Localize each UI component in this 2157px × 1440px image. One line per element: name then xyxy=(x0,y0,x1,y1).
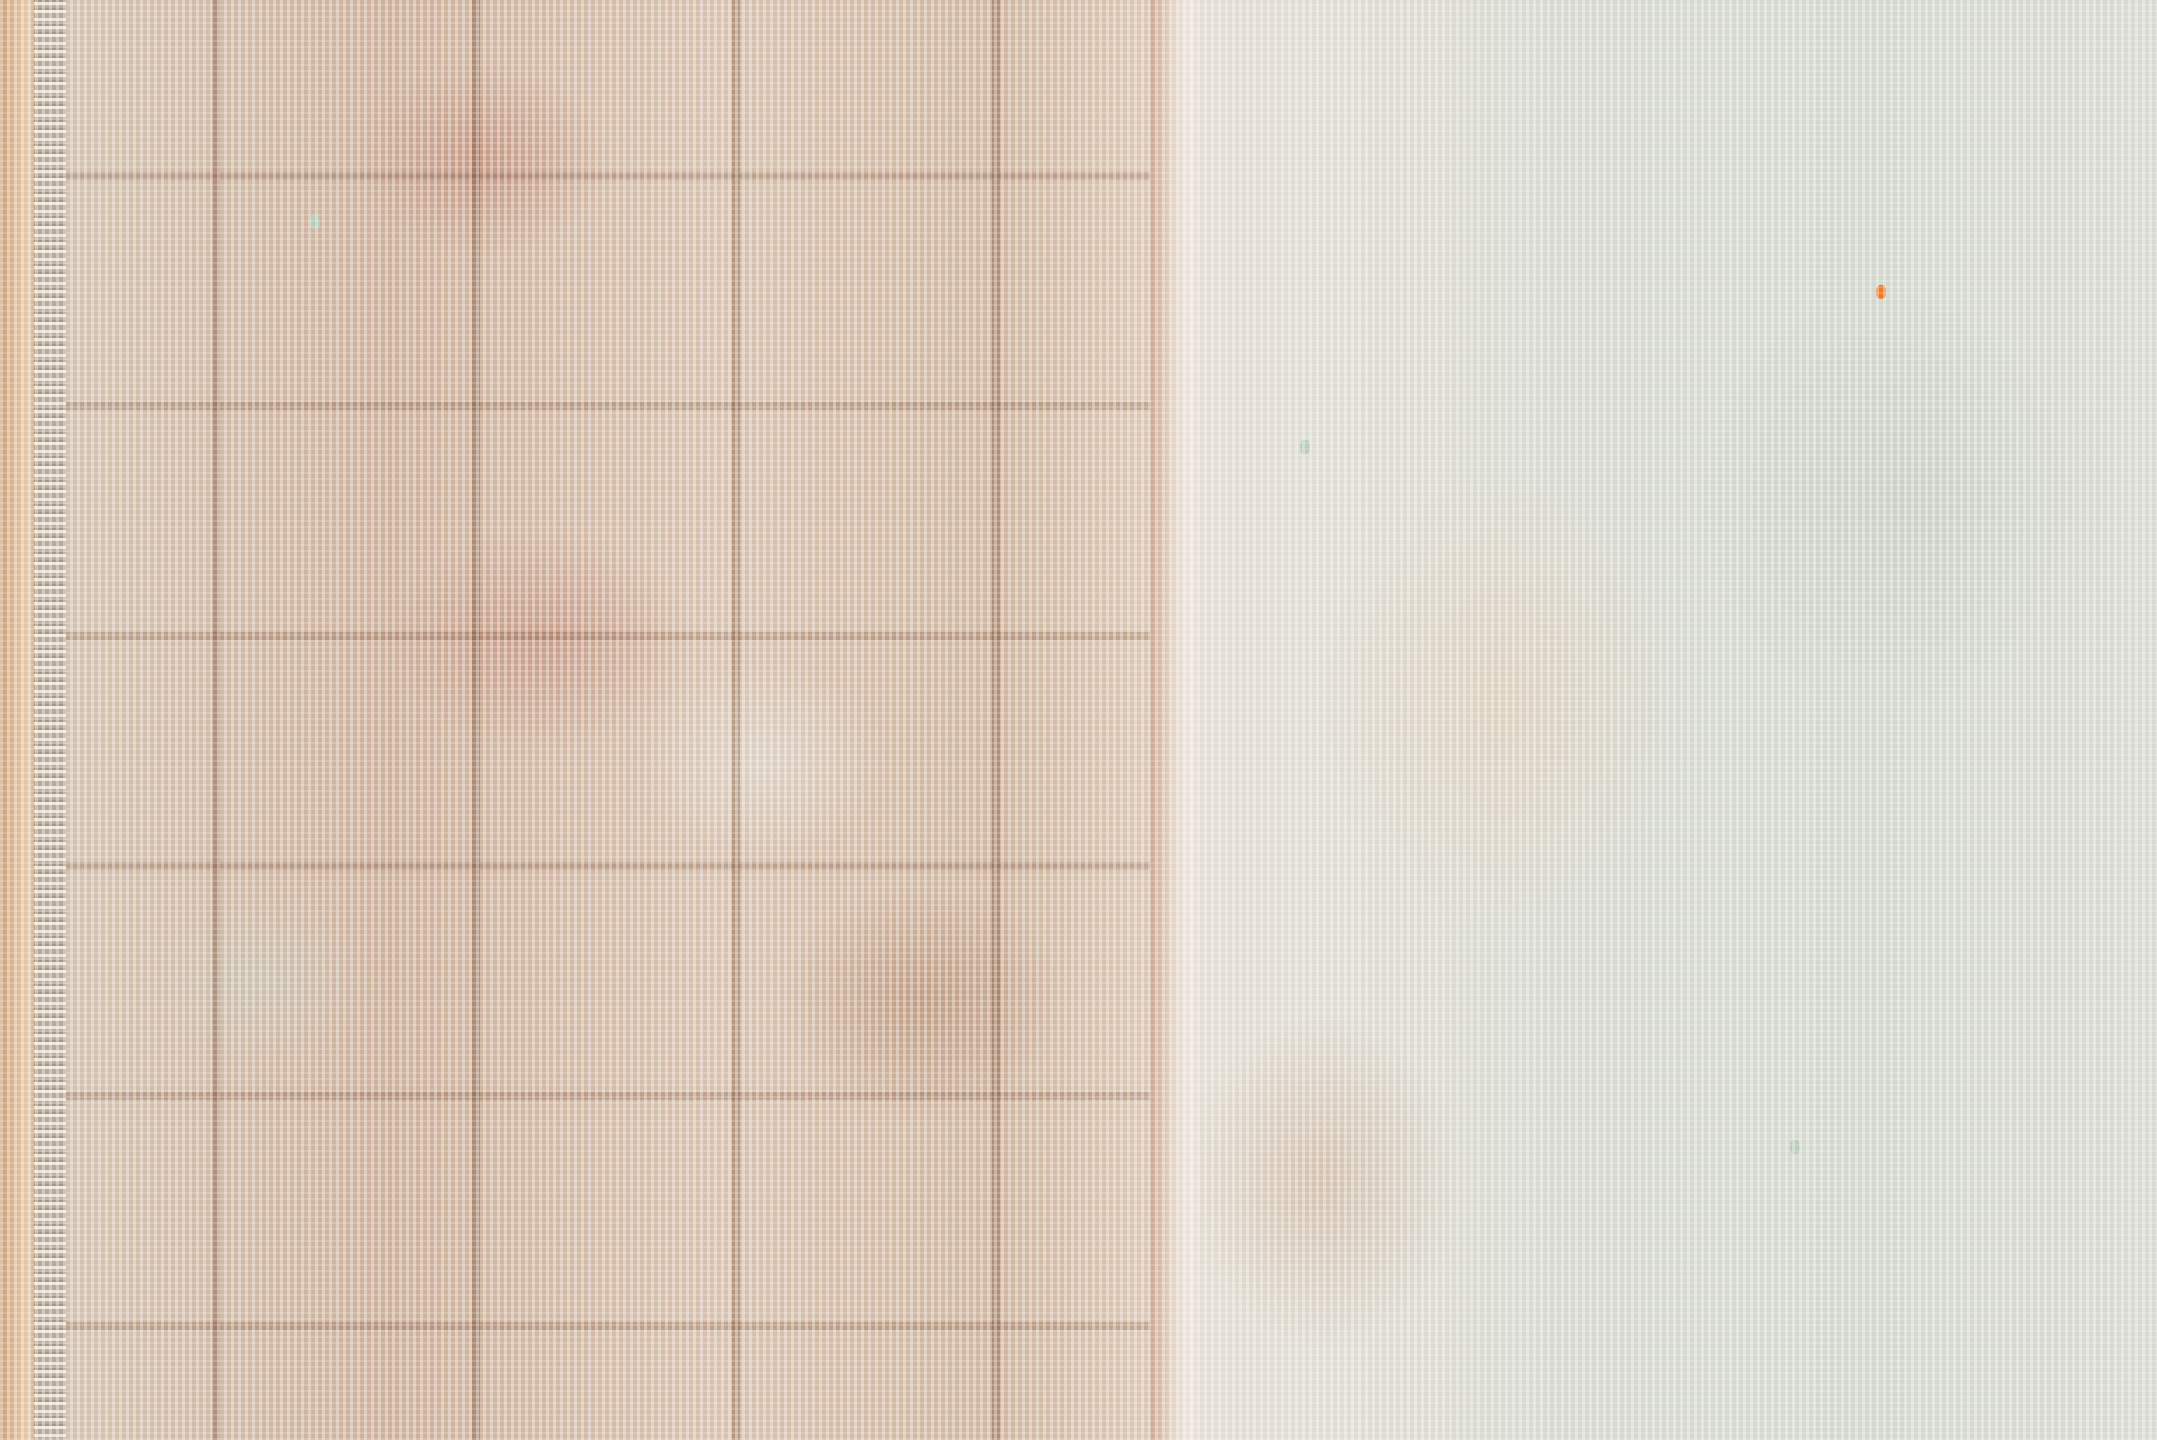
sage-speck xyxy=(1300,440,1310,454)
border-motif-pattern xyxy=(62,0,1162,1440)
orange-speck xyxy=(1876,285,1886,299)
rug-edge-fringe xyxy=(34,0,66,1440)
pale-field xyxy=(1200,0,2157,1440)
sage-speck xyxy=(1790,1140,1800,1154)
rug-photo xyxy=(0,0,2157,1440)
sage-speck xyxy=(310,215,320,229)
